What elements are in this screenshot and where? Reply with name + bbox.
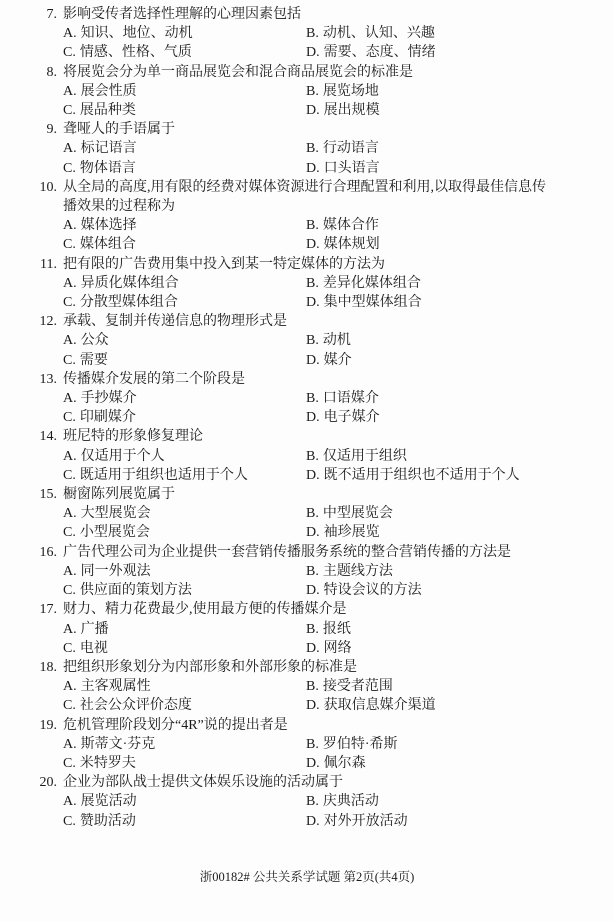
question-item: 7.影响受传者选择性理解的心理因素包括A.知识、地位、动机B.动机、认知、兴趣C… [0, 5, 614, 63]
option-text: 大型展览会 [81, 506, 151, 521]
option-text: 差异化媒体组合 [323, 276, 421, 291]
option-row: C.供应面的策划方法D.特设会议的方法 [0, 581, 614, 600]
option-C: C.媒体组合 [63, 235, 306, 254]
option-label: D. [306, 353, 320, 368]
question-number: 14. [0, 427, 57, 446]
question-text-row: 7.影响受传者选择性理解的心理因素包括 [0, 5, 614, 24]
option-C: C.电视 [63, 639, 306, 658]
option-label: B. [306, 794, 319, 809]
option-D: D.袖珍展览 [306, 523, 380, 542]
option-text: 既适用于组织也适用于个人 [80, 468, 248, 483]
option-C: C.既适用于组织也适用于个人 [63, 466, 306, 485]
question-number: 8. [0, 63, 57, 82]
option-text: 需要、态度、情绪 [324, 45, 436, 60]
option-label: C. [63, 410, 76, 425]
option-label: A. [63, 141, 77, 156]
option-row: A.媒体选择B.媒体合作 [0, 216, 614, 235]
option-text: 袖珍展览 [324, 525, 380, 540]
option-label: D. [306, 237, 320, 252]
question-item: 18.把组织形象划分为内部形象和外部形象的标准是A.主客观属性B.接受者范围C.… [0, 658, 614, 716]
option-label: B. [306, 84, 319, 99]
option-C: C.需要 [63, 351, 306, 370]
question-item: 13.传播媒介发展的第二个阶段是A.手抄媒介B.口语媒介C.印刷媒介D.电子媒介 [0, 370, 614, 428]
option-B: B.口语媒介 [306, 389, 379, 408]
option-B: B.仅适用于组织 [306, 447, 407, 466]
option-label: C. [63, 756, 76, 771]
option-text: 主题线方法 [323, 564, 393, 579]
question-number: 18. [0, 658, 57, 677]
question-text: 广告代理公司为企业提供一套营销传播服务系统的整合营销传播的方法是 [57, 543, 511, 562]
option-row: C.社会公众评价态度D.获取信息媒介渠道 [0, 696, 614, 715]
option-A: A.斯蒂文·芬克 [63, 735, 306, 754]
question-text-row: 20.企业为部队战士提供文体娱乐设施的活动属于 [0, 773, 614, 792]
option-label: C. [63, 814, 76, 829]
option-D: D.网络 [306, 639, 352, 658]
option-label: A. [63, 679, 77, 694]
option-text: 既不适用于组织也不适用于个人 [324, 468, 520, 483]
question-text-row: 19.危机管理阶段划分“4R”说的提出者是 [0, 716, 614, 735]
option-row: A.手抄媒介B.口语媒介 [0, 389, 614, 408]
option-text: 展会性质 [81, 84, 137, 99]
option-label: A. [63, 737, 77, 752]
option-label: B. [306, 506, 319, 521]
option-A: A.异质化媒体组合 [63, 274, 306, 293]
question-list: 7.影响受传者选择性理解的心理因素包括A.知识、地位、动机B.动机、认知、兴趣C… [0, 0, 614, 831]
question-item: 10.从全局的高度,用有限的经费对媒体资源进行合理配置和利用,以取得最佳信息传播… [0, 178, 614, 255]
option-row: A.斯蒂文·芬克B.罗伯特·希斯 [0, 735, 614, 754]
option-text: 电子媒介 [324, 410, 380, 425]
question-item: 9.聋哑人的手语属于A.标记语言B.行动语言C.物体语言D.口头语言 [0, 120, 614, 178]
option-text: 标记语言 [81, 141, 137, 156]
option-A: A.仅适用于个人 [63, 447, 306, 466]
option-A: A.同一外观法 [63, 562, 306, 581]
option-text: 行动语言 [323, 141, 379, 156]
question-number: 12. [0, 312, 57, 331]
option-text: 对外开放活动 [324, 814, 408, 829]
option-text: 物体语言 [80, 161, 136, 176]
question-text-row: 12.承载、复制并传递信息的物理形式是 [0, 312, 614, 331]
option-label: D. [306, 756, 320, 771]
question-item: 14.班尼特的形象修复理论A.仅适用于个人B.仅适用于组织C.既适用于组织也适用… [0, 427, 614, 485]
option-label: D. [306, 583, 320, 598]
question-text-row: 17.财力、精力花费最少,使用最方便的传播媒介是 [0, 600, 614, 619]
option-A: A.展览活动 [63, 792, 306, 811]
option-label: D. [306, 295, 320, 310]
option-text: 印刷媒介 [80, 410, 136, 425]
question-text: 橱窗陈列展览属于 [57, 485, 175, 504]
option-D: D.媒体规划 [306, 235, 380, 254]
option-D: D.电子媒介 [306, 408, 380, 427]
option-text: 获取信息媒介渠道 [324, 698, 436, 713]
question-number: 9. [0, 120, 57, 139]
option-text: 动机 [323, 333, 351, 348]
option-D: D.需要、态度、情绪 [306, 43, 436, 62]
option-row: A.标记语言B.行动语言 [0, 139, 614, 158]
option-row: C.分散型媒体组合D.集中型媒体组合 [0, 293, 614, 312]
question-text-row: 10.从全局的高度,用有限的经费对媒体资源进行合理配置和利用,以取得最佳信息传播… [0, 178, 614, 216]
option-B: B.动机、认知、兴趣 [306, 24, 435, 43]
option-label: A. [63, 449, 77, 464]
question-text: 聋哑人的手语属于 [57, 120, 175, 139]
question-text: 危机管理阶段划分“4R”说的提出者是 [57, 716, 288, 735]
question-number: 20. [0, 773, 57, 792]
option-text: 情感、性格、气质 [80, 45, 192, 60]
question-item: 12.承载、复制并传递信息的物理形式是A.公众B.动机C.需要D.媒介 [0, 312, 614, 370]
option-D: D.特设会议的方法 [306, 581, 422, 600]
option-text: 广播 [81, 622, 109, 637]
option-label: A. [63, 622, 77, 637]
question-item: 20.企业为部队战士提供文体娱乐设施的活动属于A.展览活动B.庆典活动C.赞助活… [0, 773, 614, 831]
option-B: B.差异化媒体组合 [306, 274, 421, 293]
question-text: 从全局的高度,用有限的经费对媒体资源进行合理配置和利用,以取得最佳信息传播效果的… [57, 178, 546, 216]
question-number: 11. [0, 255, 57, 274]
question-number: 15. [0, 485, 57, 504]
option-C: C.展品种类 [63, 101, 306, 120]
option-label: C. [63, 103, 76, 118]
option-A: A.主客观属性 [63, 677, 306, 696]
question-text-row: 11.把有限的广告费用集中投入到某一特定媒体的方法为 [0, 255, 614, 274]
option-text: 赞助活动 [80, 814, 136, 829]
option-B: B.接受者范围 [306, 677, 393, 696]
option-B: B.展览场地 [306, 82, 379, 101]
question-text-row: 16.广告代理公司为企业提供一套营销传播服务系统的整合营销传播的方法是 [0, 543, 614, 562]
option-D: D.获取信息媒介渠道 [306, 696, 436, 715]
option-text: 口语媒介 [323, 391, 379, 406]
option-C: C.物体语言 [63, 159, 306, 178]
option-C: C.米特罗夫 [63, 754, 306, 773]
option-text: 集中型媒体组合 [324, 295, 422, 310]
option-row: A.公众B.动机 [0, 331, 614, 350]
option-text: 供应面的策划方法 [80, 583, 192, 598]
option-label: B. [306, 218, 319, 233]
option-label: D. [306, 468, 320, 483]
option-text: 媒体合作 [323, 218, 379, 233]
question-number: 19. [0, 716, 57, 735]
question-number: 17. [0, 600, 57, 619]
option-B: B.报纸 [306, 620, 351, 639]
option-text: 报纸 [323, 622, 351, 637]
option-row: C.赞助活动D.对外开放活动 [0, 812, 614, 831]
question-text-row: 8.将展览会分为单一商品展览会和混合商品展览会的标准是 [0, 63, 614, 82]
option-label: B. [306, 737, 319, 752]
option-text: 同一外观法 [81, 564, 151, 579]
option-B: B.主题线方法 [306, 562, 393, 581]
option-label: A. [63, 506, 77, 521]
option-row: C.小型展览会D.袖珍展览 [0, 523, 614, 542]
option-row: C.印刷媒介D.电子媒介 [0, 408, 614, 427]
option-text: 展览活动 [81, 794, 137, 809]
option-label: C. [63, 641, 76, 656]
option-text: 展品种类 [80, 103, 136, 118]
question-text: 承载、复制并传递信息的物理形式是 [57, 312, 287, 331]
option-D: D.媒介 [306, 351, 352, 370]
option-text: 罗伯特·希斯 [323, 737, 398, 752]
option-row: A.展会性质B.展览场地 [0, 82, 614, 101]
option-label: D. [306, 525, 320, 540]
option-A: A.展会性质 [63, 82, 306, 101]
option-text: 媒介 [324, 353, 352, 368]
option-text: 媒体规划 [324, 237, 380, 252]
question-item: 16.广告代理公司为企业提供一套营销传播服务系统的整合营销传播的方法是A.同一外… [0, 543, 614, 601]
option-B: B.行动语言 [306, 139, 379, 158]
option-D: D.口头语言 [306, 159, 380, 178]
option-text: 庆典活动 [323, 794, 379, 809]
question-text: 传播媒介发展的第二个阶段是 [57, 370, 245, 389]
option-row: C.媒体组合D.媒体规划 [0, 235, 614, 254]
option-D: D.佩尔森 [306, 754, 366, 773]
option-text: 公众 [81, 333, 109, 348]
question-text-row: 15.橱窗陈列展览属于 [0, 485, 614, 504]
question-text: 把组织形象划分为内部形象和外部形象的标准是 [57, 658, 357, 677]
option-label: D. [306, 641, 320, 656]
question-number: 7. [0, 5, 57, 24]
option-C: C.供应面的策划方法 [63, 581, 306, 600]
option-D: D.集中型媒体组合 [306, 293, 422, 312]
option-text: 主客观属性 [81, 679, 151, 694]
option-text: 电视 [80, 641, 108, 656]
exam-page: 7.影响受传者选择性理解的心理因素包括A.知识、地位、动机B.动机、认知、兴趣C… [0, 0, 614, 921]
question-text: 财力、精力花费最少,使用最方便的传播媒介是 [57, 600, 347, 619]
option-text: 仅适用于组织 [323, 449, 407, 464]
option-A: A.媒体选择 [63, 216, 306, 235]
option-label: D. [306, 698, 320, 713]
option-A: A.知识、地位、动机 [63, 24, 306, 43]
option-row: A.仅适用于个人B.仅适用于组织 [0, 447, 614, 466]
option-text: 异质化媒体组合 [81, 276, 179, 291]
option-C: C.小型展览会 [63, 523, 306, 542]
question-item: 15.橱窗陈列展览属于A.大型展览会B.中型展览会C.小型展览会D.袖珍展览 [0, 485, 614, 543]
option-B: B.中型展览会 [306, 504, 393, 523]
option-B: B.罗伯特·希斯 [306, 735, 398, 754]
option-row: A.广播B.报纸 [0, 620, 614, 639]
option-text: 需要 [80, 353, 108, 368]
option-label: C. [63, 583, 76, 598]
option-row: C.物体语言D.口头语言 [0, 159, 614, 178]
option-label: A. [63, 84, 77, 99]
question-text: 影响受传者选择性理解的心理因素包括 [57, 5, 301, 24]
option-text: 社会公众评价态度 [80, 698, 192, 713]
option-text: 口头语言 [324, 161, 380, 176]
option-text: 知识、地位、动机 [81, 26, 193, 41]
option-row: A.主客观属性B.接受者范围 [0, 677, 614, 696]
option-row: C.电视D.网络 [0, 639, 614, 658]
option-text: 展览场地 [323, 84, 379, 99]
option-label: C. [63, 525, 76, 540]
option-label: B. [306, 26, 319, 41]
option-A: A.标记语言 [63, 139, 306, 158]
option-label: B. [306, 449, 319, 464]
option-A: A.广播 [63, 620, 306, 639]
option-row: A.展览活动B.庆典活动 [0, 792, 614, 811]
option-A: A.大型展览会 [63, 504, 306, 523]
question-text-row: 14.班尼特的形象修复理论 [0, 427, 614, 446]
question-text: 将展览会分为单一商品展览会和混合商品展览会的标准是 [57, 63, 413, 82]
option-B: B.媒体合作 [306, 216, 379, 235]
option-text: 斯蒂文·芬克 [81, 737, 156, 752]
option-label: A. [63, 333, 77, 348]
option-B: B.庆典活动 [306, 792, 379, 811]
option-label: C. [63, 698, 76, 713]
option-row: A.知识、地位、动机B.动机、认知、兴趣 [0, 24, 614, 43]
question-number: 13. [0, 370, 57, 389]
option-A: A.公众 [63, 331, 306, 350]
option-label: D. [306, 45, 320, 60]
option-label: C. [63, 161, 76, 176]
option-row: A.异质化媒体组合B.差异化媒体组合 [0, 274, 614, 293]
option-row: C.米特罗夫D.佩尔森 [0, 754, 614, 773]
option-label: B. [306, 391, 319, 406]
option-text: 手抄媒介 [81, 391, 137, 406]
question-text: 把有限的广告费用集中投入到某一特定媒体的方法为 [57, 255, 385, 274]
option-text: 展出规模 [324, 103, 380, 118]
option-row: C.既适用于组织也适用于个人D.既不适用于组织也不适用于个人 [0, 466, 614, 485]
question-text: 企业为部队战士提供文体娱乐设施的活动属于 [57, 773, 343, 792]
option-text: 米特罗夫 [80, 756, 136, 771]
page-footer: 浙00182# 公共关系学试题 第2页(共4页) [0, 869, 614, 885]
option-label: A. [63, 391, 77, 406]
question-text: 班尼特的形象修复理论 [57, 427, 203, 446]
option-row: A.同一外观法B.主题线方法 [0, 562, 614, 581]
question-item: 17.财力、精力花费最少,使用最方便的传播媒介是A.广播B.报纸C.电视D.网络 [0, 600, 614, 658]
option-A: A.手抄媒介 [63, 389, 306, 408]
option-label: C. [63, 353, 76, 368]
option-label: A. [63, 218, 77, 233]
option-label: D. [306, 161, 320, 176]
question-item: 19.危机管理阶段划分“4R”说的提出者是A.斯蒂文·芬克B.罗伯特·希斯C.米… [0, 716, 614, 774]
option-label: B. [306, 333, 319, 348]
option-text: 特设会议的方法 [324, 583, 422, 598]
option-text: 媒体选择 [81, 218, 137, 233]
option-label: D. [306, 410, 320, 425]
option-C: C.社会公众评价态度 [63, 696, 306, 715]
option-D: D.展出规模 [306, 101, 380, 120]
option-text: 中型展览会 [323, 506, 393, 521]
option-label: D. [306, 103, 320, 118]
option-label: A. [63, 564, 77, 579]
option-text: 仅适用于个人 [81, 449, 165, 464]
option-row: A.大型展览会B.中型展览会 [0, 504, 614, 523]
option-C: C.赞助活动 [63, 812, 306, 831]
option-row: C.情感、性格、气质D.需要、态度、情绪 [0, 43, 614, 62]
option-B: B.动机 [306, 331, 351, 350]
option-label: B. [306, 679, 319, 694]
option-label: B. [306, 141, 319, 156]
question-item: 11.把有限的广告费用集中投入到某一特定媒体的方法为A.异质化媒体组合B.差异化… [0, 255, 614, 313]
option-row: C.展品种类D.展出规模 [0, 101, 614, 120]
question-text-row: 13.传播媒介发展的第二个阶段是 [0, 370, 614, 389]
option-label: D. [306, 814, 320, 829]
option-label: B. [306, 564, 319, 579]
option-text: 网络 [324, 641, 352, 656]
option-C: C.情感、性格、气质 [63, 43, 306, 62]
option-label: B. [306, 276, 319, 291]
option-text: 佩尔森 [324, 756, 366, 771]
option-D: D.对外开放活动 [306, 812, 408, 831]
option-label: A. [63, 276, 77, 291]
option-label: C. [63, 468, 76, 483]
option-label: C. [63, 295, 76, 310]
option-row: C.需要D.媒介 [0, 351, 614, 370]
question-item: 8.将展览会分为单一商品展览会和混合商品展览会的标准是A.展会性质B.展览场地C… [0, 63, 614, 121]
question-number: 16. [0, 543, 57, 562]
option-label: A. [63, 794, 77, 809]
option-C: C.印刷媒介 [63, 408, 306, 427]
option-label: A. [63, 26, 77, 41]
option-D: D.既不适用于组织也不适用于个人 [306, 466, 520, 485]
option-label: C. [63, 45, 76, 60]
option-label: B. [306, 622, 319, 637]
question-text-row: 18.把组织形象划分为内部形象和外部形象的标准是 [0, 658, 614, 677]
option-label: C. [63, 237, 76, 252]
option-C: C.分散型媒体组合 [63, 293, 306, 312]
question-number: 10. [0, 178, 57, 216]
option-text: 媒体组合 [80, 237, 136, 252]
option-text: 分散型媒体组合 [80, 295, 178, 310]
option-text: 接受者范围 [323, 679, 393, 694]
option-text: 小型展览会 [80, 525, 150, 540]
option-text: 动机、认知、兴趣 [323, 26, 435, 41]
question-text-row: 9.聋哑人的手语属于 [0, 120, 614, 139]
